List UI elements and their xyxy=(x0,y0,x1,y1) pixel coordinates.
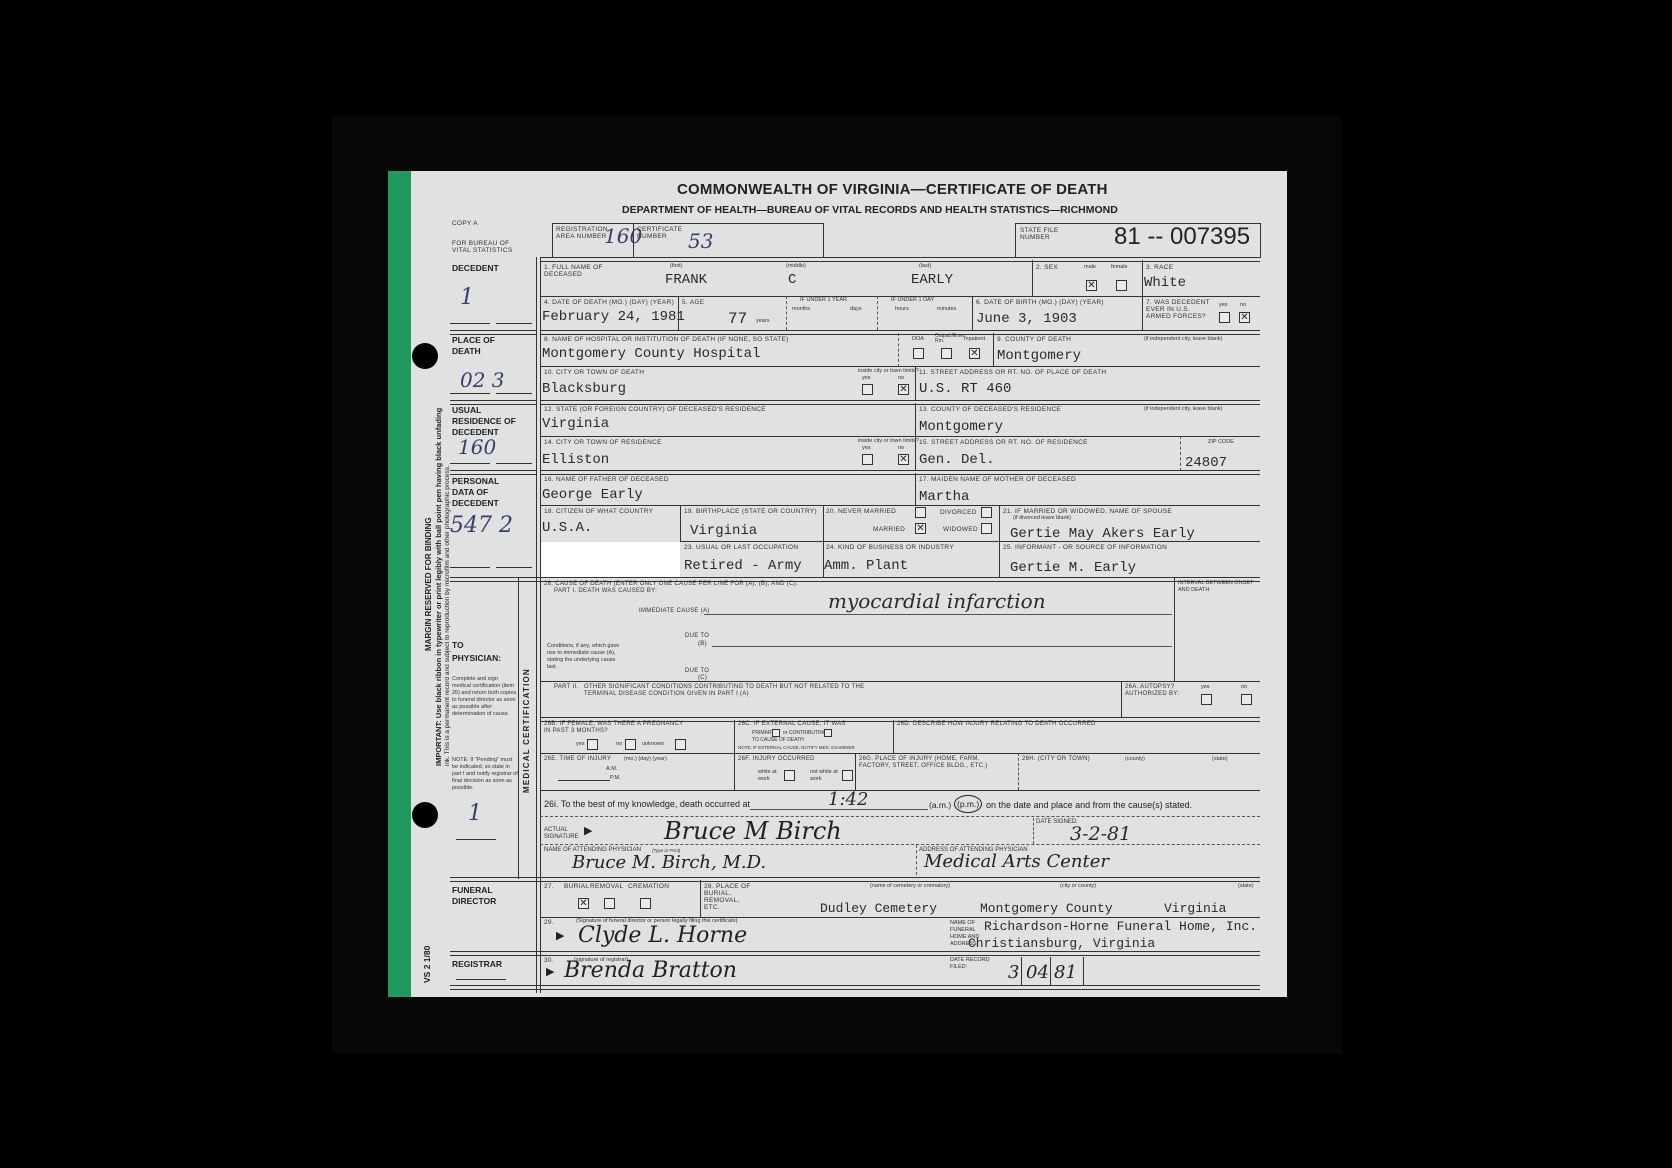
middle-name: C xyxy=(788,272,796,288)
registrar-signature: Brenda Bratton xyxy=(564,958,737,983)
cemetery-name: Dudley Cemetery xyxy=(820,901,937,916)
birthplace-value: Virginia xyxy=(690,523,757,539)
important-notice-1: IMPORTANT: Use black ribbon in typewrite… xyxy=(434,396,443,766)
time-of-death: 1:42 xyxy=(828,789,868,810)
cremation-checkbox[interactable] xyxy=(640,898,651,909)
not-while-work-checkbox[interactable] xyxy=(842,770,853,781)
section-registrar: REGISTRAR xyxy=(452,959,502,970)
days-label: days xyxy=(850,306,862,313)
first-label: (first) xyxy=(670,263,683,270)
armed-yes-label: yes xyxy=(1219,302,1228,309)
county-residence-label: 13. COUNTY OF DECEASED'S RESIDENCE xyxy=(919,406,1061,413)
date-of-birth: June 3, 1903 xyxy=(976,311,1077,327)
state-residence: Virginia xyxy=(542,416,609,432)
birthplace-label: 19. BIRTHPLACE (state or country) xyxy=(684,508,817,515)
sex-male-checkbox[interactable]: ✕ xyxy=(1086,280,1097,291)
never-married-label: 20. NEVER MARRIED xyxy=(826,508,896,515)
code-personal-data: 547 2 xyxy=(450,513,513,538)
physician-address: Medical Arts Center xyxy=(924,851,1109,872)
age-label: 5. AGE xyxy=(682,299,704,306)
physician-name: Bruce M. Birch, M.D. xyxy=(572,852,766,873)
never-married-checkbox[interactable] xyxy=(915,507,926,518)
time-of-death-statement: 26i. To the best of my knowledge, death … xyxy=(544,799,750,809)
certificate-number: 53 xyxy=(688,229,713,253)
outpatient-label: Outpat./Emer. Rm. xyxy=(935,334,965,344)
code-usual-residence: 160 xyxy=(458,435,496,459)
burial-label: BURIAL xyxy=(564,883,589,890)
street-of-death-label: 11. STREET ADDRESS OR RT. NO. OF PLACE O… xyxy=(919,369,1106,376)
contributing-label: or CONTRIBUTING xyxy=(783,730,827,737)
autopsy-yes-checkbox[interactable] xyxy=(1201,694,1212,705)
physician-instructions: Complete and sign medical certification … xyxy=(452,676,518,718)
injury-state-label: (state) xyxy=(1212,756,1228,763)
hospital-label: 8. NAME OF HOSPITAL OR INSTITUTION OF DE… xyxy=(544,336,789,343)
race-value: White xyxy=(1144,275,1186,291)
signature-arrow-icon: ▶ xyxy=(584,824,592,837)
burial-state-label: (state) xyxy=(1238,883,1254,890)
date-filed-month: 3 xyxy=(1008,962,1019,983)
injury-description-label: 26d. DESCRIBE HOW INJURY RELATING TO DEA… xyxy=(897,721,1096,728)
state-file-number: 81 -- 007395 xyxy=(1114,223,1250,251)
sex-female-label: female xyxy=(1111,264,1128,271)
date-filed-year: 81 xyxy=(1054,962,1077,983)
under-1-day-label: IF UNDER 1 DAY xyxy=(891,297,934,304)
date-signed: 3-2-81 xyxy=(1070,823,1131,845)
street-of-death: U.S. RT 460 xyxy=(919,381,1011,397)
independent-city-note-2: (if independent city, leave blank) xyxy=(1144,406,1222,413)
funeral-home-name: Richardson-Horne Funeral Home, Inc. xyxy=(984,919,1257,934)
field-29-label: 29. xyxy=(544,919,554,926)
code-decedent: 1 xyxy=(460,285,474,310)
certificate-subtitle: DEPARTMENT OF HEALTH—BUREAU OF VITAL REC… xyxy=(622,204,1118,216)
actual-signature-label: ACTUAL SIGNATURE xyxy=(544,827,584,841)
due-to-c-label: DUE TO xyxy=(685,668,709,675)
last-name: EARLY xyxy=(911,272,953,288)
state-file-label: STATE FILE NUMBER xyxy=(1020,227,1070,241)
form-code: VS 2 1/80 xyxy=(422,946,432,983)
registrar-arrow-icon: ▶ xyxy=(546,965,554,978)
armed-forces-no-checkbox[interactable]: ✕ xyxy=(1239,312,1250,323)
section-place-of-death: PLACE OF DEATH xyxy=(452,335,522,357)
place-of-burial-label: 28. PLACE OF BURIAL, REMOVAL, ETC. xyxy=(704,883,754,911)
cause-of-death-label: 26. CAUSE OF DEATH (Enter only one cause… xyxy=(544,581,798,588)
pregnancy-yes-checkbox[interactable] xyxy=(587,739,598,750)
am-option: (a.m.) xyxy=(929,800,951,810)
injury-city-label: 26h. (city or town) xyxy=(1022,756,1090,763)
race-label: 3. RACE xyxy=(1146,264,1173,271)
informant-label: 25. INFORMANT - OR SOURCE OF INFORMATION xyxy=(1003,544,1167,551)
for-bureau-label: FOR BUREAU OF VITAL STATISTICS xyxy=(452,240,527,254)
section-decedent: DECEDENT xyxy=(452,263,499,274)
am-label: A.M. xyxy=(606,766,617,773)
place-of-injury-label: 26g. PLACE OF INJURY (home, farm, factor… xyxy=(859,756,999,770)
medical-certification-label: MEDICAL CERTIFICATION xyxy=(522,668,531,793)
punch-hole-top xyxy=(412,343,438,369)
time-of-death-suffix: on the date and place and from the cause… xyxy=(986,800,1192,810)
cremation-label: CREMATION xyxy=(628,883,669,890)
time-of-injury-label: 26e. TIME OF INJURY xyxy=(544,756,611,763)
hospital-value: Montgomery County Hospital xyxy=(542,346,760,362)
sex-female-checkbox[interactable] xyxy=(1116,280,1127,291)
burial-county: Montgomery County xyxy=(980,901,1113,916)
pm-label: P.M. xyxy=(610,775,621,782)
pregnancy-unknown-label: unknown xyxy=(642,741,664,748)
section-funeral-director: FUNERAL DIRECTOR xyxy=(452,885,512,907)
zip-value: 24807 xyxy=(1185,455,1227,471)
date-of-birth-label: 6. DATE OF BIRTH (mo.) (day) (year) xyxy=(976,299,1106,306)
funeral-director-signature: Clyde L. Horne xyxy=(578,923,747,948)
primary-checkbox[interactable] xyxy=(772,729,780,737)
divorced-label: DIVORCED xyxy=(940,509,977,516)
autopsy-yes-label: yes xyxy=(1201,684,1210,691)
city-county-label: (city or county) xyxy=(1060,883,1096,890)
inside-no-label-2: no xyxy=(898,445,904,452)
removal-checkbox[interactable] xyxy=(604,898,615,909)
injury-date-label: (mo.) (day) (year) xyxy=(624,756,667,763)
removal-label: REMOVAL xyxy=(590,883,623,890)
funeral-home-city: Christiansburg, Virginia xyxy=(968,936,1155,951)
date-filed-label: DATE RECORD FILED: xyxy=(950,957,990,971)
while-work-checkbox[interactable] xyxy=(784,770,795,781)
under-1-year-label: IF UNDER 1 YEAR xyxy=(800,297,847,304)
autopsy-label: 26a. AUTOPSY? AUTHORIZED BY: xyxy=(1125,684,1185,698)
contributing-checkbox[interactable] xyxy=(824,729,832,737)
date-of-death: February 24, 1981 xyxy=(542,309,685,325)
minutes-label: minutes xyxy=(937,306,956,313)
doa-label: DOA xyxy=(912,336,924,343)
married-label: MARRIED xyxy=(873,526,905,533)
death-certificate: MARGIN RESERVED FOR BINDING IMPORTANT: U… xyxy=(388,171,1287,997)
section-usual-residence: USUAL RESIDENCE OF DECEDENT xyxy=(452,405,532,438)
certificate-title: COMMONWEALTH OF VIRGINIA—CERTIFICATE OF … xyxy=(677,181,1108,198)
code-place-of-death: 02 3 xyxy=(460,368,505,392)
inside-no-label: no xyxy=(898,375,904,382)
conditions-note: Conditions, if any, which gave rise to i… xyxy=(547,643,627,671)
cemetery-label: (name of cemetery or crematory) xyxy=(870,883,950,890)
inpatient-checkbox[interactable]: ✕ xyxy=(969,348,980,359)
widowed-label: WIDOWED xyxy=(943,526,978,533)
city-of-death: Blacksburg xyxy=(542,381,626,397)
sex-label: 2. SEX xyxy=(1036,264,1058,271)
field-30-label: 30. xyxy=(544,957,554,964)
citizen-label: 18. CITIZEN OF WHAT COUNTRY xyxy=(544,508,653,515)
zip-label: ZIP CODE xyxy=(1208,439,1234,446)
pm-option-circled: (p.m.) xyxy=(954,795,982,813)
part1-label: PART I. DEATH WAS CAUSED BY: xyxy=(554,588,657,595)
section-to-physician: TO PHYSICIAN: xyxy=(452,639,512,665)
binding-margin-label: MARGIN RESERVED FOR BINDING xyxy=(424,517,433,651)
autopsy-no-checkbox[interactable] xyxy=(1241,694,1252,705)
date-of-death-label: 4. DATE OF DEATH (mo.) (day) (year) xyxy=(544,299,694,306)
pregnancy-label: 26b. IF FEMALE, WAS THERE A PREGNANCY IN… xyxy=(544,721,684,735)
pregnancy-no-checkbox[interactable] xyxy=(625,739,636,750)
hours-label: hours xyxy=(895,306,909,313)
burial-state: Virginia xyxy=(1164,901,1226,916)
pending-note: NOTE: If "Pending" must be indicated, so… xyxy=(452,757,518,792)
pregnancy-no-label: no xyxy=(616,741,622,748)
part2-label: PART II. xyxy=(554,684,578,691)
field-27-label: 27. xyxy=(544,883,554,890)
divorced-checkbox[interactable] xyxy=(981,507,992,518)
part2-text: OTHER SIGNIFICANT CONDITIONS CONTRIBUTIN… xyxy=(584,684,874,698)
copy-label: COPY A xyxy=(452,220,478,227)
state-residence-label: 12. STATE (OR FOREIGN COUNTRY) OF DECEAS… xyxy=(544,406,766,413)
funeral-arrow-icon: ▶ xyxy=(556,929,564,942)
father-name: George Early xyxy=(542,487,643,503)
occupation-value: Retired - Army xyxy=(684,558,802,574)
immediate-cause-label: IMMEDIATE CAUSE (A) xyxy=(639,608,710,615)
cause-a-value: myocardial infarction xyxy=(828,589,1046,613)
inside-city-label: inside city or town limits? xyxy=(858,368,919,375)
industry-value: Amm. Plant xyxy=(824,558,908,574)
street-residence-label: 15. STREET ADDRESS OR RT. NO. OF RESIDEN… xyxy=(919,439,1088,446)
city-residence: Elliston xyxy=(542,452,609,468)
residence-inside-city-no-checkbox[interactable]: ✕ xyxy=(898,454,909,465)
county-of-death: Montgomery xyxy=(997,348,1081,364)
middle-label: (middle) xyxy=(786,263,806,270)
due-to-b-label: DUE TO xyxy=(685,633,709,640)
mother-label: 17. MAIDEN NAME OF MOTHER OF DECEASED xyxy=(919,476,1076,483)
interval-label: INTERVAL BETWEEN ONSET AND DEATH xyxy=(1178,580,1258,594)
outpatient-checkbox[interactable] xyxy=(941,348,952,359)
county-residence: Montgomery xyxy=(919,419,1003,435)
physician-signature: Bruce M Birch xyxy=(664,817,842,845)
armed-forces-label: 7. WAS DECEDENT EVER IN U.S. ARMED FORCE… xyxy=(1146,299,1210,320)
field-1-label: 1. FULL NAME OF DECEASED xyxy=(544,264,614,278)
injury-occurred-label: 26f. INJURY OCCURRED xyxy=(738,756,815,763)
armed-no-label: no xyxy=(1240,302,1246,309)
married-checkbox[interactable]: ✕ xyxy=(915,523,926,534)
county-of-death-label: 9. COUNTY OF DEATH xyxy=(997,336,1071,343)
autopsy-no-label: no xyxy=(1241,684,1247,691)
pregnancy-yes-label: yes xyxy=(576,741,585,748)
street-residence: Gen. Del. xyxy=(919,452,995,468)
inside-yes-label-2: yes xyxy=(862,445,871,452)
sex-male-label: male xyxy=(1084,264,1096,271)
spouse-name: Gertie May Akers Early xyxy=(1010,526,1195,542)
code-physician: 1 xyxy=(468,801,482,826)
external-cause-label: 26c. IF EXTERNAL CAUSE, IT WAS xyxy=(738,721,846,728)
spouse-note: (if divorced leave blank) xyxy=(1013,515,1071,522)
external-note: NOTE: IF EXTERNAL CAUSE, NOTIFY MED. EXA… xyxy=(738,744,855,751)
inside-city-label-2: inside city or town limits? xyxy=(858,438,919,445)
inside-yes-label: yes xyxy=(862,375,871,382)
industry-label: 24. KIND OF BUSINESS OR INDUSTRY xyxy=(826,544,954,551)
inpatient-label: Inpatient xyxy=(964,336,985,343)
city-residence-label: 14. CITY OR TOWN OF RESIDENCE xyxy=(544,439,662,446)
section-personal-data: PERSONAL DATA OF DECEDENT xyxy=(452,476,522,509)
residence-inside-city-yes-checkbox[interactable] xyxy=(862,454,873,465)
citizen-value: U.S.A. xyxy=(542,520,592,536)
injury-county-label: (county) xyxy=(1125,756,1145,763)
occupation-label: 23. USUAL OR LAST OCCUPATION xyxy=(684,544,798,551)
doa-checkbox[interactable] xyxy=(913,348,924,359)
age-value: 77 xyxy=(728,310,747,328)
informant-value: Gertie M. Early xyxy=(1010,560,1136,576)
binding-strip xyxy=(388,171,411,997)
punch-hole-bottom xyxy=(412,802,438,828)
important-notice-2: ink. This is a permanent record and subj… xyxy=(444,465,451,766)
to-cause-label: TO CAUSE OF DEATH xyxy=(752,737,804,744)
death-inside-city-no-checkbox[interactable]: ✕ xyxy=(898,384,909,395)
pregnancy-unknown-checkbox[interactable] xyxy=(675,739,686,750)
independent-city-note: (if independent city, leave blank) xyxy=(1144,336,1222,343)
city-of-death-label: 10. CITY OR TOWN OF DEATH xyxy=(544,369,644,376)
widowed-checkbox[interactable] xyxy=(981,523,992,534)
date-filed-day: 04 xyxy=(1026,962,1049,983)
redacted-field-22 xyxy=(541,542,680,577)
death-inside-city-yes-checkbox[interactable] xyxy=(862,384,873,395)
burial-checkbox[interactable]: ✕ xyxy=(578,898,589,909)
mother-name: Martha xyxy=(919,489,969,505)
b-label: (B) xyxy=(698,641,707,648)
armed-forces-yes-checkbox[interactable] xyxy=(1219,312,1230,323)
age-unit: years xyxy=(756,318,769,325)
first-name: FRANK xyxy=(665,272,707,288)
father-label: 16. NAME OF FATHER OF DECEASED xyxy=(544,476,669,483)
months-label: months xyxy=(792,306,810,313)
spouse-label: 21. IF MARRIED OR WIDOWED, NAME OF SPOUS… xyxy=(1003,508,1172,515)
last-label: (last) xyxy=(919,263,931,270)
